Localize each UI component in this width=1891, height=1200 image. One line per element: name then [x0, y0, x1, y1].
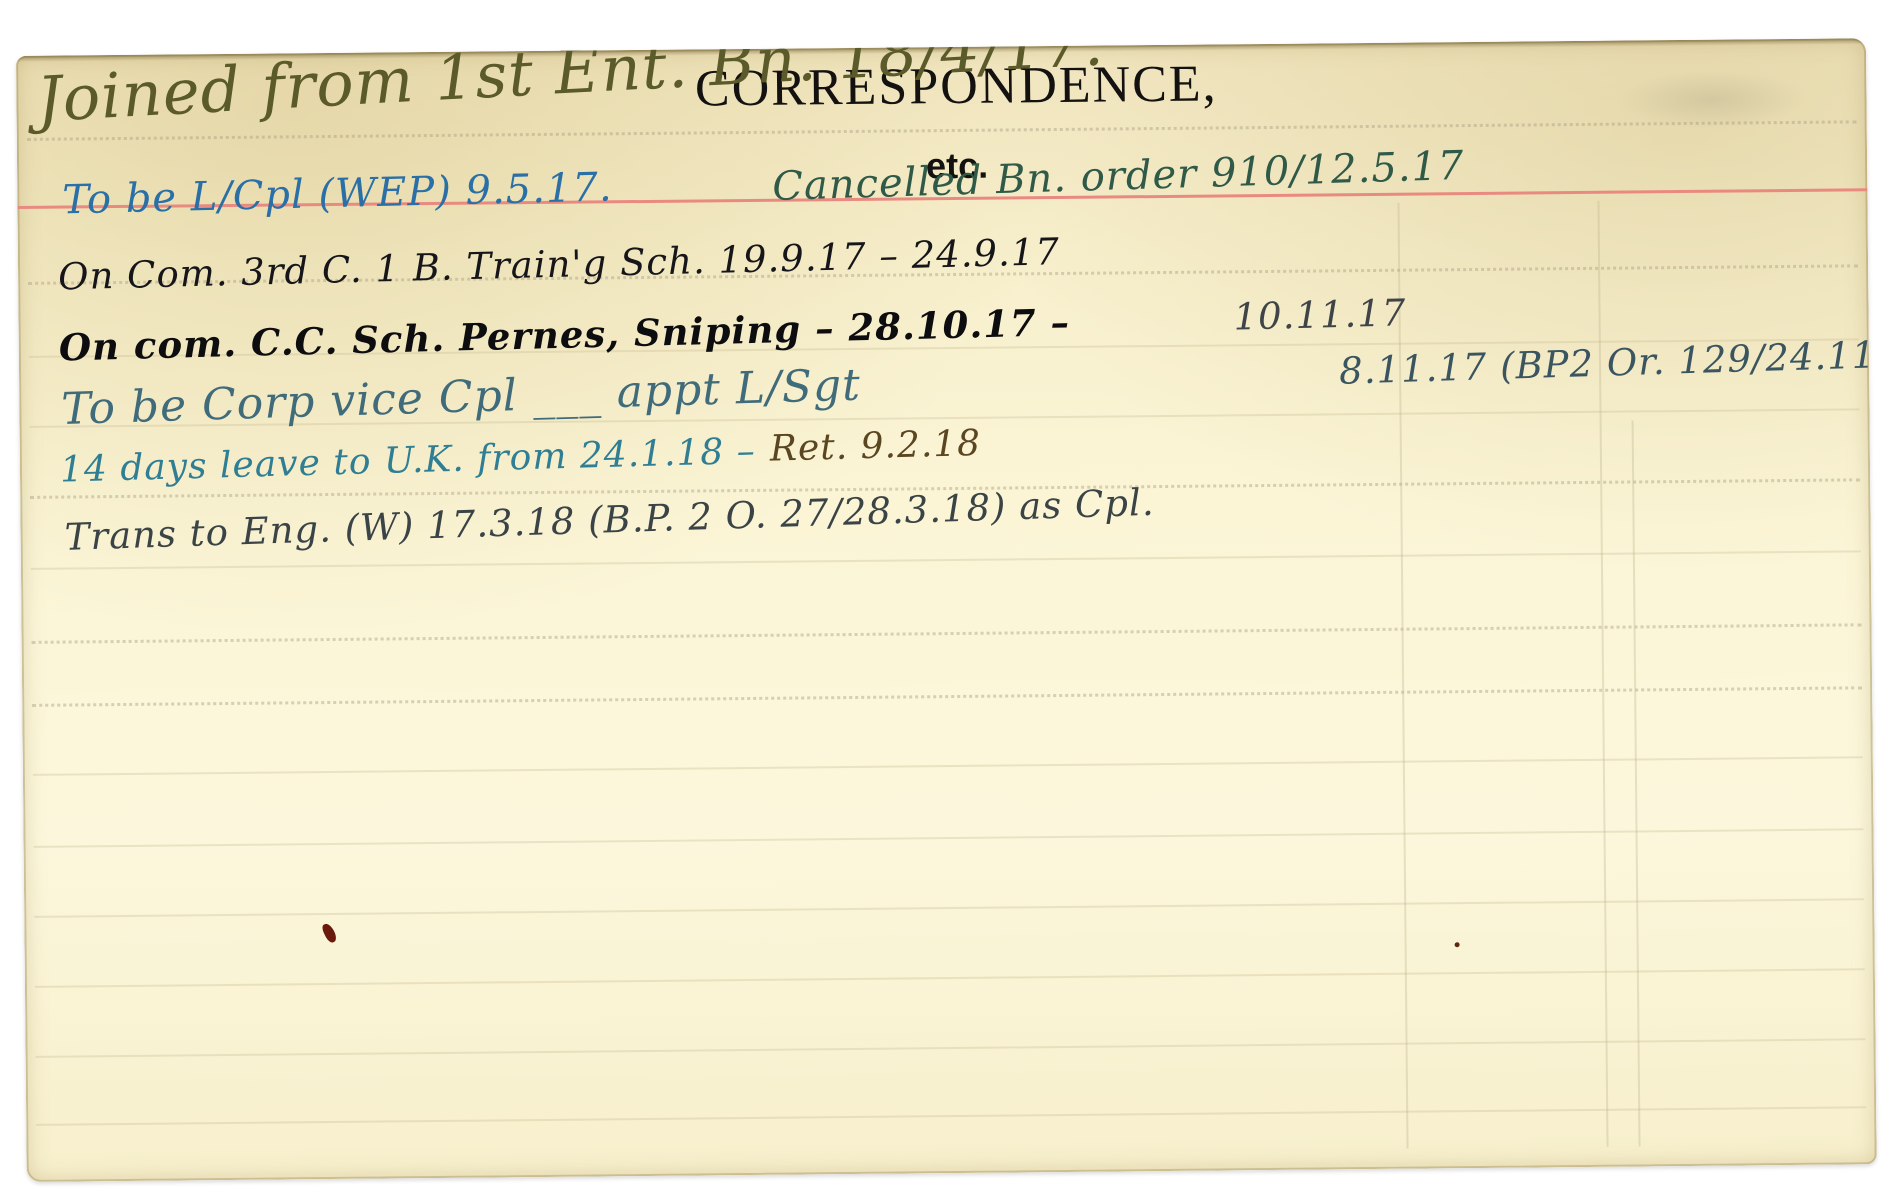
rule-line — [36, 1038, 1866, 1058]
rule-line — [31, 550, 1861, 570]
record-card: CORRESPONDENCE, etc. Joined from 1st Ent… — [16, 38, 1877, 1182]
dotted-rule — [27, 120, 1857, 141]
column-line — [1632, 420, 1641, 1146]
entry-training-school: On Com. 3rd C. 1 B. Train'g Sch. 19.9.17… — [58, 230, 1061, 298]
rule-line — [35, 968, 1865, 988]
rule-line — [33, 756, 1863, 776]
rule-line — [34, 898, 1864, 918]
entry-sniping-course: On com. C.C. Sch. Pernes, Sniping – 28.1… — [58, 300, 1070, 370]
ink-dot — [1455, 942, 1460, 947]
entry-sniping-end-date: 10.11.17 — [1233, 291, 1407, 338]
dotted-rule — [32, 623, 1862, 644]
entry-leave-return: Ret. 9.2.18 — [769, 423, 981, 470]
scan-background: CORRESPONDENCE, etc. Joined from 1st Ent… — [0, 0, 1891, 1200]
joined-annotation: Joined from 1st Ent. Bn. 18/4/17. — [35, 38, 1106, 136]
dotted-rule — [32, 686, 1862, 707]
rule-line — [36, 1106, 1866, 1126]
ink-stain — [321, 922, 339, 944]
rule-line — [34, 828, 1864, 848]
entry-uk-leave: 14 days leave to U.K. from 24.1.18 – — [59, 431, 756, 491]
